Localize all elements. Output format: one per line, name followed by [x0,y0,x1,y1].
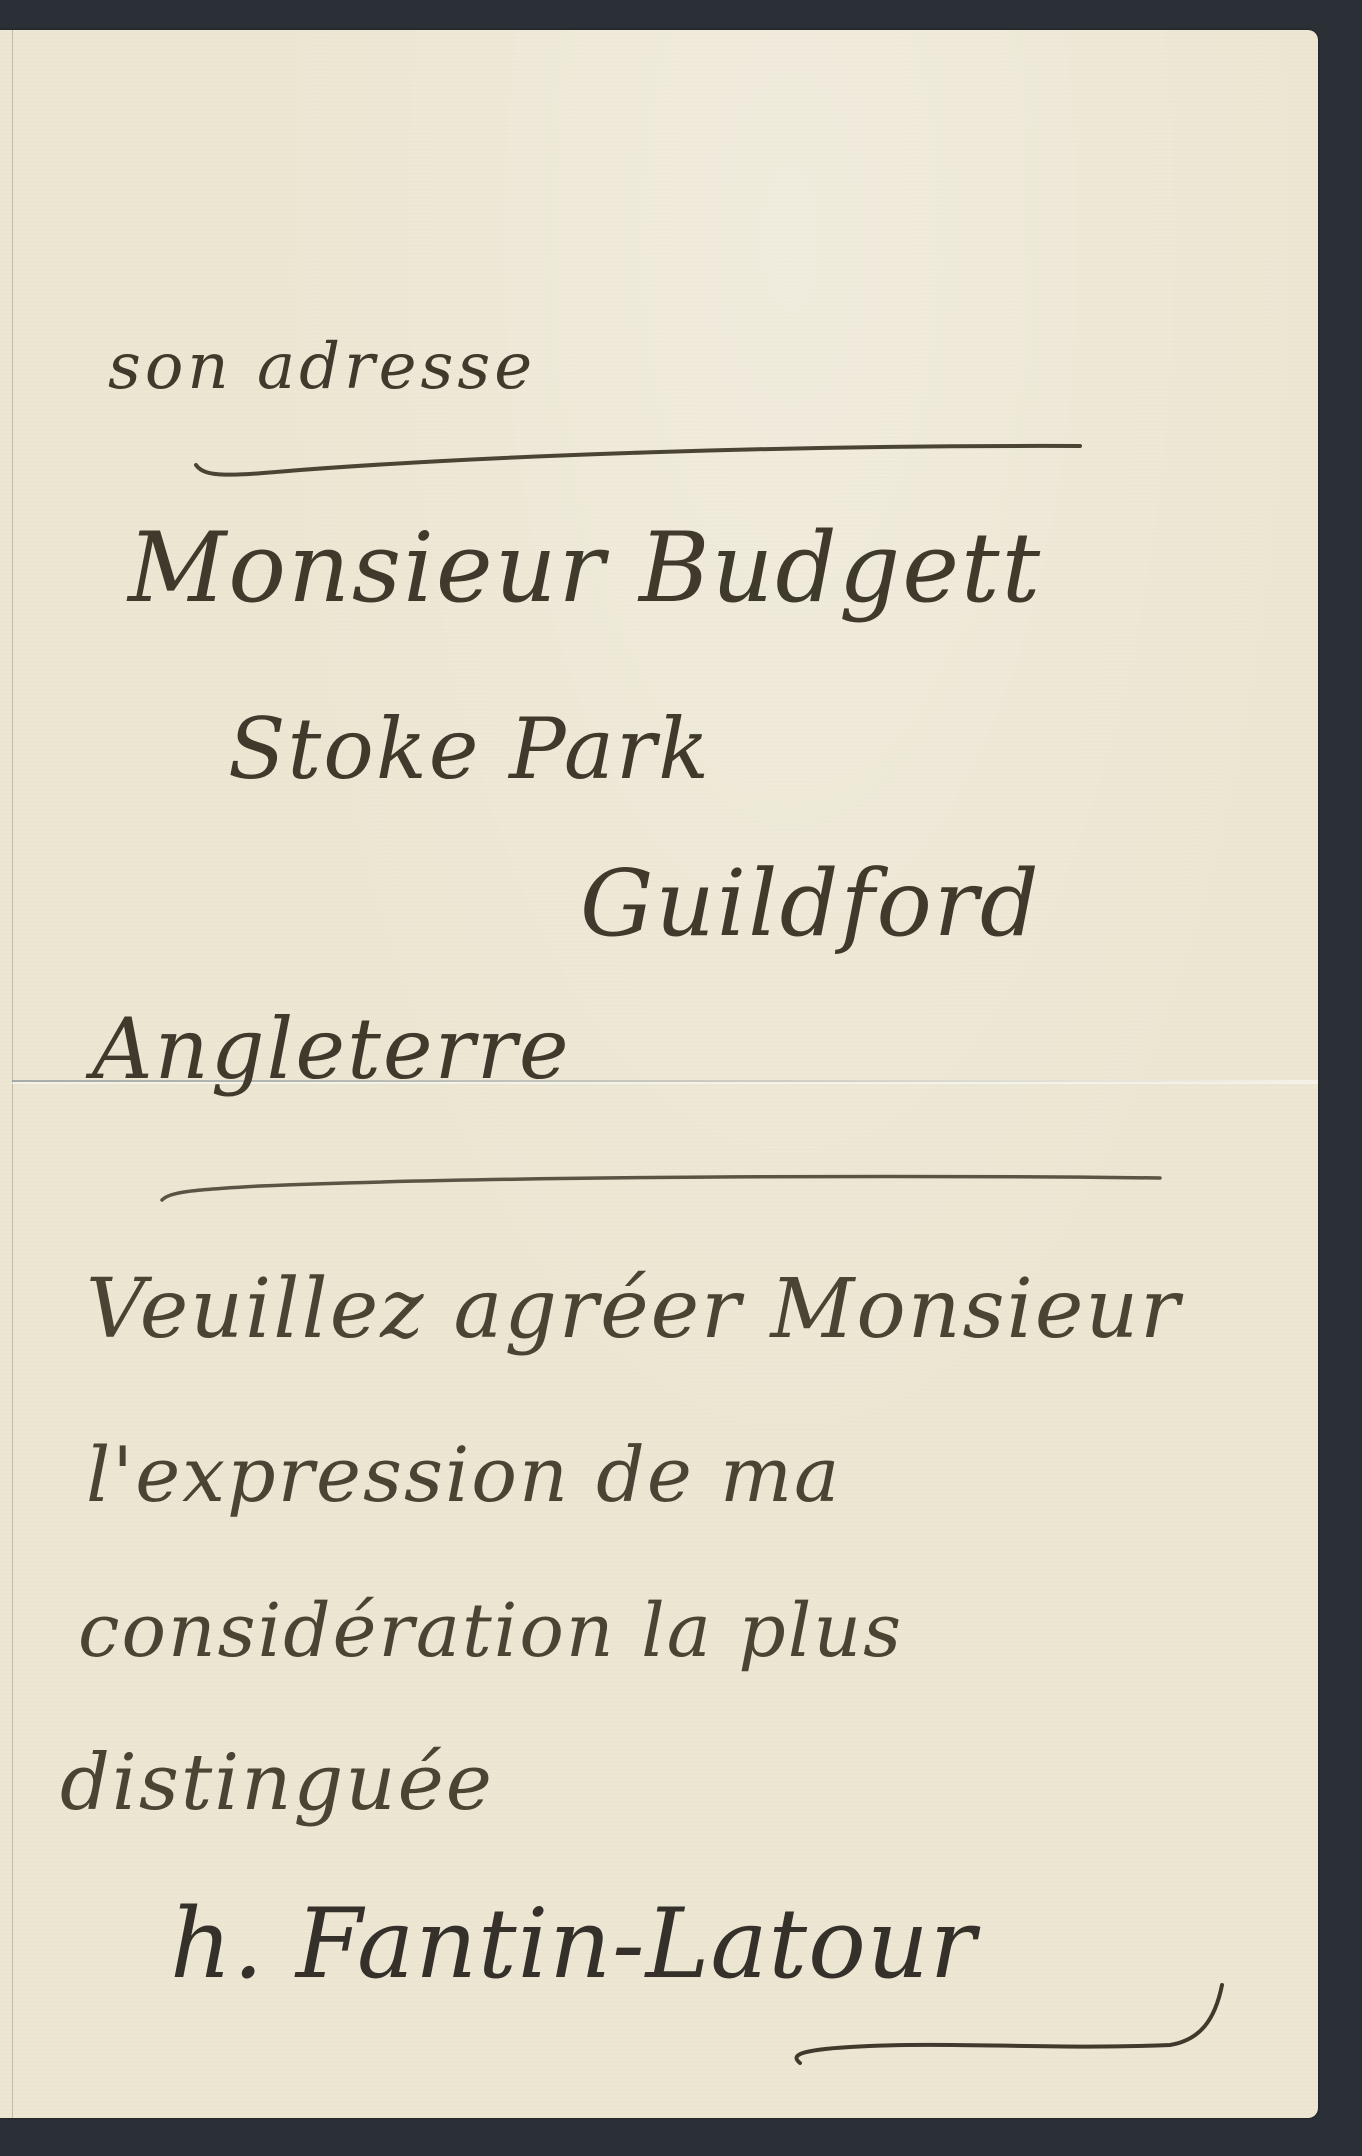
closing-line-4: distinguée [60,1738,494,1828]
address-recipient: Monsieur Budgett [128,512,1042,624]
page-left-edge [12,30,13,2118]
closing-line-3: considération la plus [78,1588,903,1674]
closing-line-2: l'expression de ma [86,1430,841,1519]
signature: h. Fantin-Latour [170,1888,977,2000]
address-heading: son adresse [108,330,536,404]
address-street: Stoke Park [228,700,711,798]
address-country: Angleterre [92,1000,571,1098]
closing-line-1: Veuillez agréer Monsieur [86,1262,1181,1357]
address-city: Guildford [580,850,1041,957]
